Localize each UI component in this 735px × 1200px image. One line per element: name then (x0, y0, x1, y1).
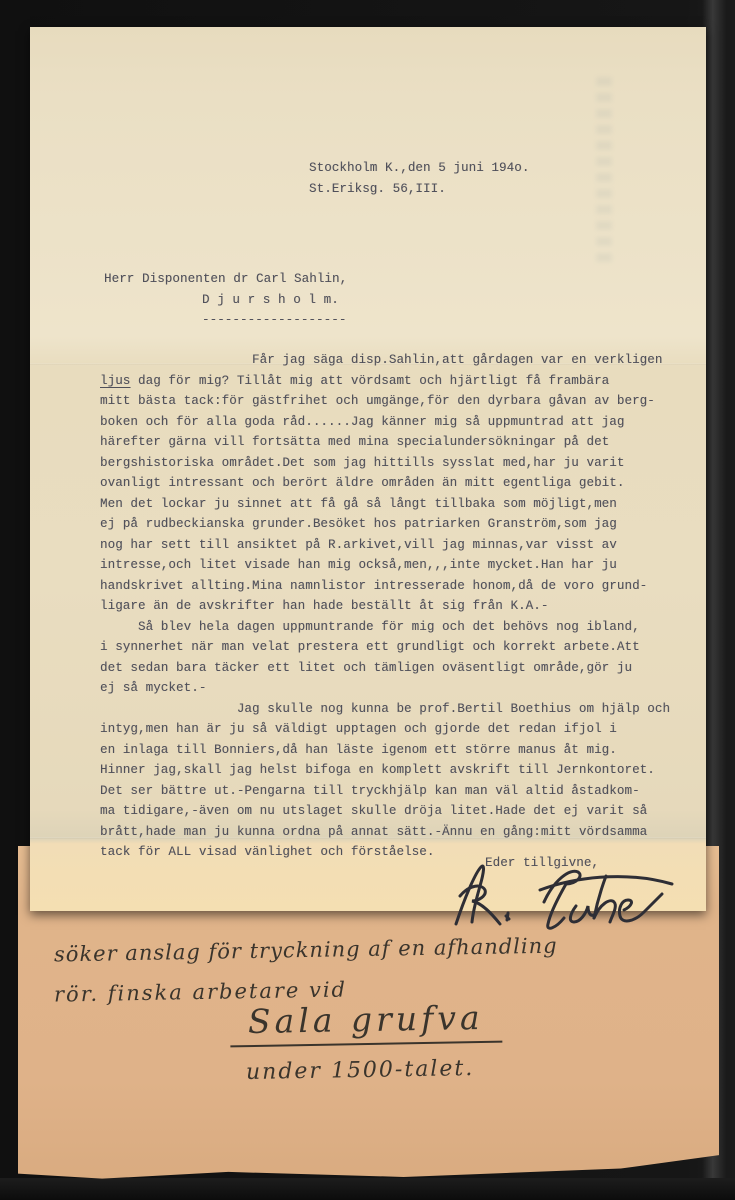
body-paragraph-1-rest: dag för mig? Tillåt mig att vördsamt och… (100, 374, 655, 614)
body-paragraph-3: Jag skulle nog kunna be prof.Bertil Boet… (100, 702, 670, 860)
typed-letter-sheet: Stockholm K.,den 5 juni 194o.St.Eriksg. … (30, 27, 706, 911)
body-paragraph-2: Så blev hela dagen uppmuntrande för mig … (100, 620, 640, 696)
addressee-block: Herr Disponenten dr Carl Sahlin,D j u r … (104, 269, 347, 331)
letter-body: Får jag säga disp.Sahlin,att gårdagen va… (100, 350, 695, 863)
ink-bleed-through (596, 77, 612, 267)
addressee-name: Herr Disponenten dr Carl Sahlin, (104, 272, 347, 286)
dateline: Stockholm K.,den 5 juni 194o.St.Eriksg. … (309, 158, 529, 199)
scanned-letter-page: . Skriftställaren R. Gothe söker anslag … (0, 0, 735, 1200)
signature-handwriting (448, 860, 680, 936)
body-paragraph-1-start: Får jag säga disp.Sahlin,att gårdagen va… (100, 353, 663, 367)
addressee-city: D j u r s h o l m. (104, 290, 347, 311)
dateline-city-date: Stockholm K.,den 5 juni 194o. (309, 161, 529, 175)
body-underlined-word: ljus (100, 374, 130, 388)
note-line-mine-name: Sala grufva (230, 998, 502, 1048)
addressee-underline: ------------------- (104, 310, 347, 331)
note-line-period: under 1500-talet. (246, 1056, 475, 1085)
backing-board-bottom (0, 1178, 735, 1200)
dateline-street: St.Eriksg. 56,III. (309, 182, 446, 196)
note-line-purpose: söker anslag för tryckning af en afhandl… (54, 934, 558, 967)
